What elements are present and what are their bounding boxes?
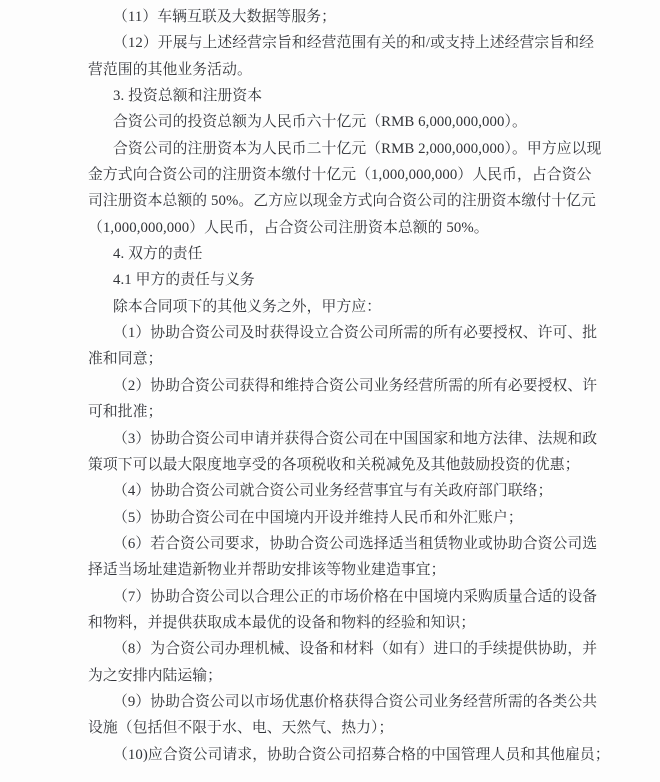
text-line: （12）开展与上述经营宗旨和经营范围有关的和/或支持上述经营宗旨和经 (88, 30, 580, 56)
text-line: （5）协助合资公司在中国境内开设并维持人民币和外汇账户； (88, 505, 580, 531)
text-line: （4）协助合资公司就合资公司业务经营事宜与有关政府部门联络； (88, 478, 580, 504)
text-line: （1）协助合资公司及时获得设立合资公司所需的所有必要授权、许可、批 (88, 320, 580, 346)
contract-text-block: （11）车辆互联及大数据等服务；（12）开展与上述经营宗旨和经营范围有关的和/或… (0, 0, 660, 768)
text-line: 为之安排内陆运输； (88, 663, 580, 689)
text-line: 择适当场址建造新物业并帮助安排该等物业建造事宜； (88, 557, 580, 583)
text-line: 准和同意； (88, 346, 580, 372)
text-line: 合资公司的投资总额为人民币六十亿元（RMB 6,000,000,000）。 (88, 109, 580, 135)
text-line: （3）协助合资公司申请并获得合资公司在中国国家和地方法律、法规和政 (88, 426, 580, 452)
text-line: 3. 投资总额和注册资本 (88, 83, 580, 109)
text-line: 设施（包括但不限于水、电、天然气、热力）； (88, 715, 580, 741)
text-line: 策项下可以最大限度地享受的各项税收和关税减免及其他鼓励投资的优惠； (88, 452, 580, 478)
text-line: （6）若合资公司要求，协助合资公司选择适当租赁物业或协助合资公司选 (88, 531, 580, 557)
text-line: （2）协助合资公司获得和维持合资公司业务经营所需的所有必要授权、许 (88, 373, 580, 399)
text-line: 除本合同项下的其他义务之外，甲方应： (88, 294, 580, 320)
text-line: 和物料，并提供获取成本最优的设备和物料的经验和知识； (88, 610, 580, 636)
text-line: 司注册资本总额的 50%。乙方应以现金方式向合资公司的注册资本缴付十亿元 (88, 188, 580, 214)
text-line: 4.1 甲方的责任与义务 (88, 267, 580, 293)
text-line: 合资公司的注册资本为人民币二十亿元（RMB 2,000,000,000）。甲方应… (88, 136, 580, 162)
text-line: 营范围的其他业务活动。 (88, 57, 580, 83)
text-line: （1,000,000,000）人民币，占合资公司注册资本总额的 50%。 (88, 215, 580, 241)
text-line: （10)应合资公司请求，协助合资公司招募合格的中国管理人员和其他雇员； (88, 742, 580, 768)
text-line: 4. 双方的责任 (88, 241, 580, 267)
text-line: 金方式向合资公司的注册资本缴付十亿元（1,000,000,000）人民币，占合资… (88, 162, 580, 188)
text-line: （7）协助合资公司以合理公正的市场价格在中国境内采购质量合适的设备 (88, 584, 580, 610)
text-line: （11）车辆互联及大数据等服务； (88, 4, 580, 30)
text-line: （9）协助合资公司以市场优惠价格获得合资公司业务经营所需的各类公共 (88, 689, 580, 715)
text-line: 可和批准； (88, 399, 580, 425)
document-page: （11）车辆互联及大数据等服务；（12）开展与上述经营宗旨和经营范围有关的和/或… (0, 0, 660, 782)
text-line: （8）为合资公司办理机械、设备和材料（如有）进口的手续提供协助，并 (88, 636, 580, 662)
